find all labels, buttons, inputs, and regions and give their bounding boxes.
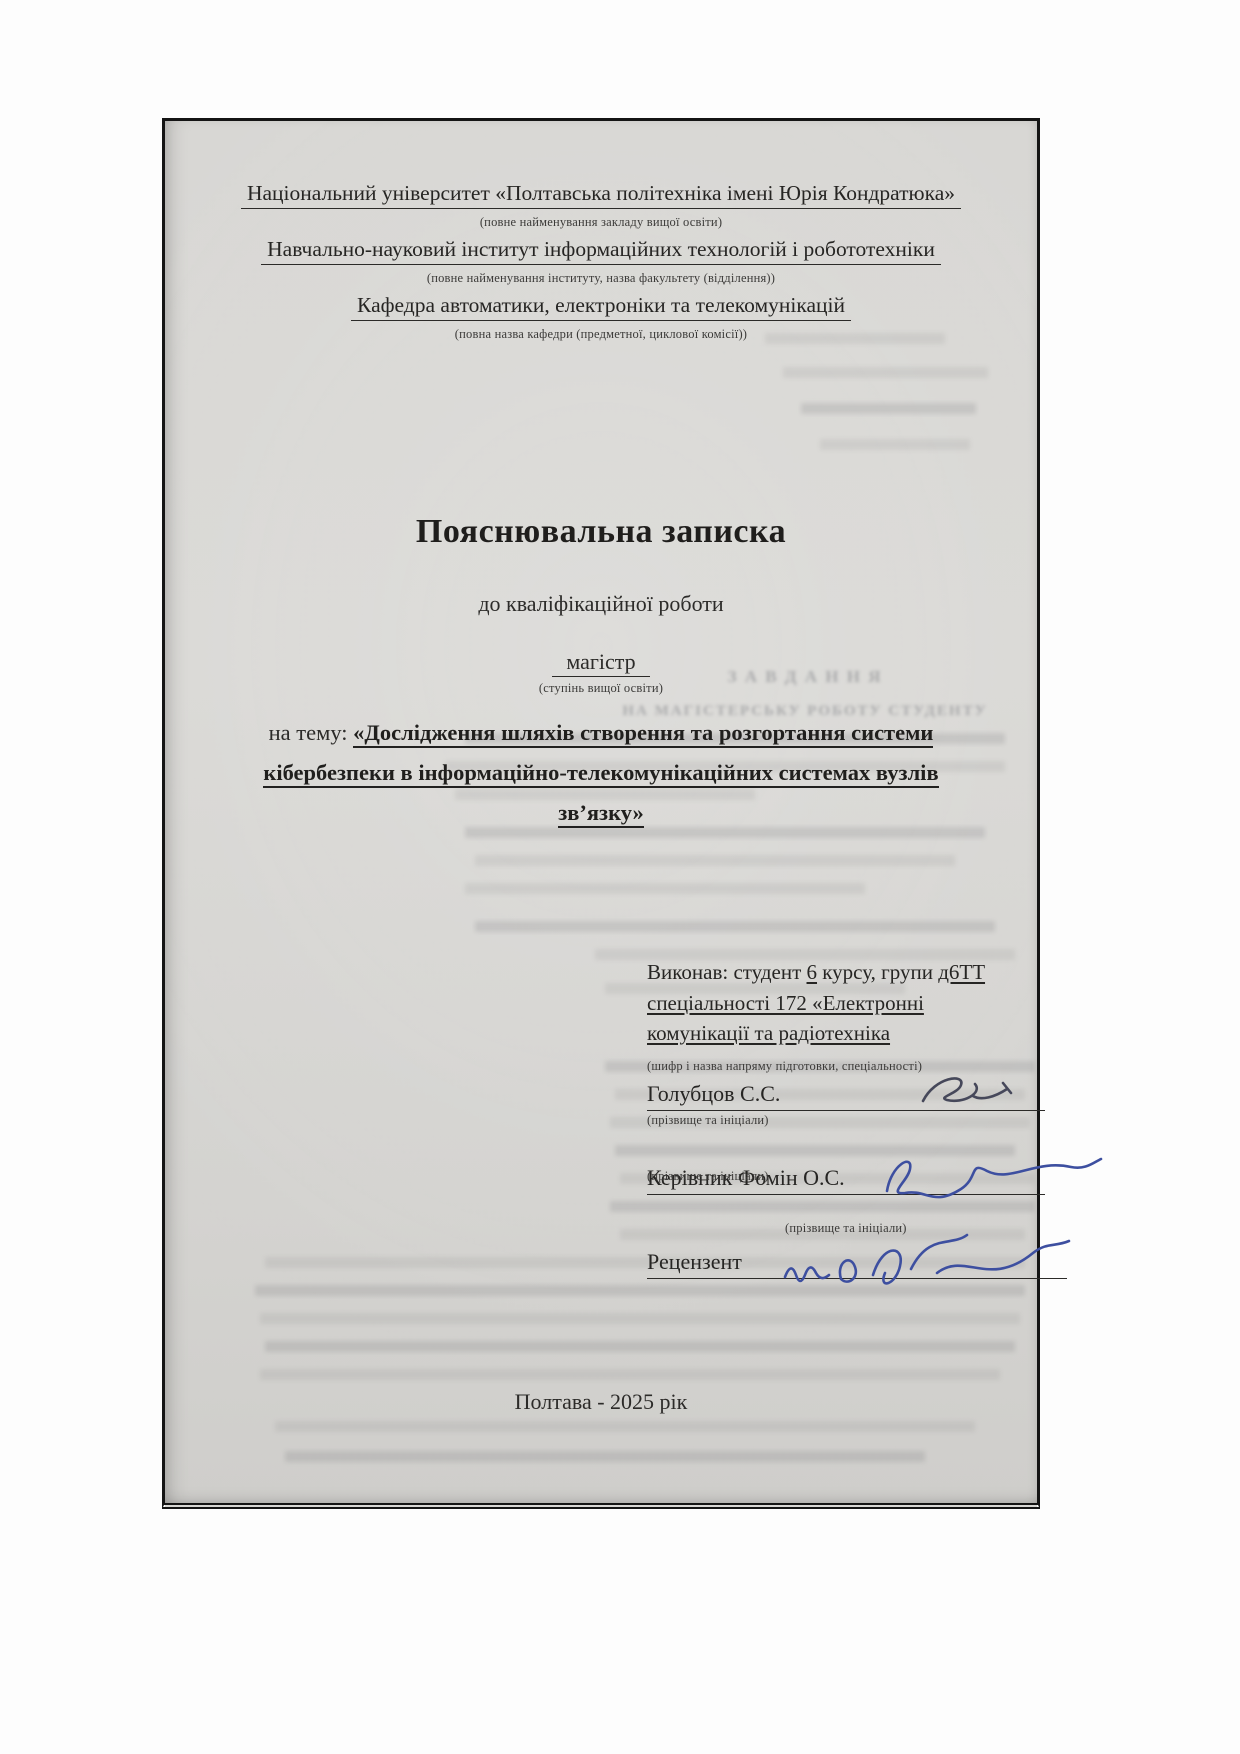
bleed-through-smudge [260,1313,1020,1324]
topic-line-1: на тему: «Дослідження шляхів створення т… [165,713,1037,753]
degree-value: магістр [552,649,649,677]
university-name: Національний університет «Полтавська пол… [241,181,961,209]
scanned-title-page: З А В Д А Н Н Я НА МАГІСТЕРСЬКУ РОБОТУ С… [162,118,1040,1509]
bleed-through-smudge [285,1451,925,1462]
bleed-through-smudge [475,921,995,932]
topic-block: на тему: «Дослідження шляхів створення т… [165,713,1037,833]
bleed-through-smudge [265,1341,1015,1352]
university-heading: Національний університет «Полтавська пол… [165,181,1037,209]
topic-line-3: зв’язку» [165,793,1037,833]
institute-heading: Навчально-науковий інститут інформаційни… [165,237,1037,265]
footer-city-year: Полтава - 2025 рік [165,1389,1037,1415]
department-name: Кафедра автоматики, електроніки та телек… [351,293,851,321]
course-number: 6 [807,960,818,984]
performer-line-2: спеціальності 172 «Електронні [647,988,924,1019]
department-heading: Кафедра автоматики, електроніки та телек… [165,293,1037,321]
performer-block: Виконав: студент 6 курсу, групи д6ТТ спе… [647,957,1027,1081]
bleed-through-smudge [820,439,970,450]
bleed-through-smudge [783,367,988,378]
bleed-through-smudge [475,855,955,866]
reviewer-caption: (прізвище та ініціали) [785,1221,907,1236]
topic-prefix: на тему: [269,720,354,745]
student-caption: (прізвище та ініціали) [647,1113,769,1128]
supervisor-caption: (прізвище та ініціали) [647,1169,769,1184]
student-signature [915,1069,1025,1113]
bleed-through-smudge [465,883,865,894]
student-name: Голубцов С.С. [647,1081,780,1106]
performer-line-1: Виконав: студент 6 курсу, групи д6ТТ [647,957,1027,988]
institute-caption: (повне найменування інституту, назва фак… [165,271,1037,286]
university-caption: (повне найменування закладу вищої освіти… [165,215,1037,230]
supervisor-signature [875,1149,1105,1211]
degree-caption: (ступінь вищої освіти) [165,681,1037,696]
bleed-through-smudge [260,1369,1000,1380]
student-row: Голубцов С.С. [647,1081,1045,1111]
bleed-through-smudge [275,1421,975,1432]
document-title: Пояснювальна записка [165,513,1037,551]
reviewer-row: Рецензент [647,1249,1067,1279]
reviewer-label: Рецензент [647,1249,742,1274]
degree-row: магістр [165,649,1037,677]
topic-line-2: кібербезпеки в інформаційно-телекомуніка… [165,753,1037,793]
institute-name: Навчально-науковий інститут інформаційни… [261,237,941,265]
group-code: д6ТТ [938,960,985,984]
bleed-through-smudge [801,403,976,414]
department-caption: (повна назва кафедри (предметної, циклов… [165,327,1037,342]
performer-line-3: комунікації та радіотехніка [647,1018,890,1049]
document-subtitle: до кваліфікаційної роботи [165,591,1037,617]
